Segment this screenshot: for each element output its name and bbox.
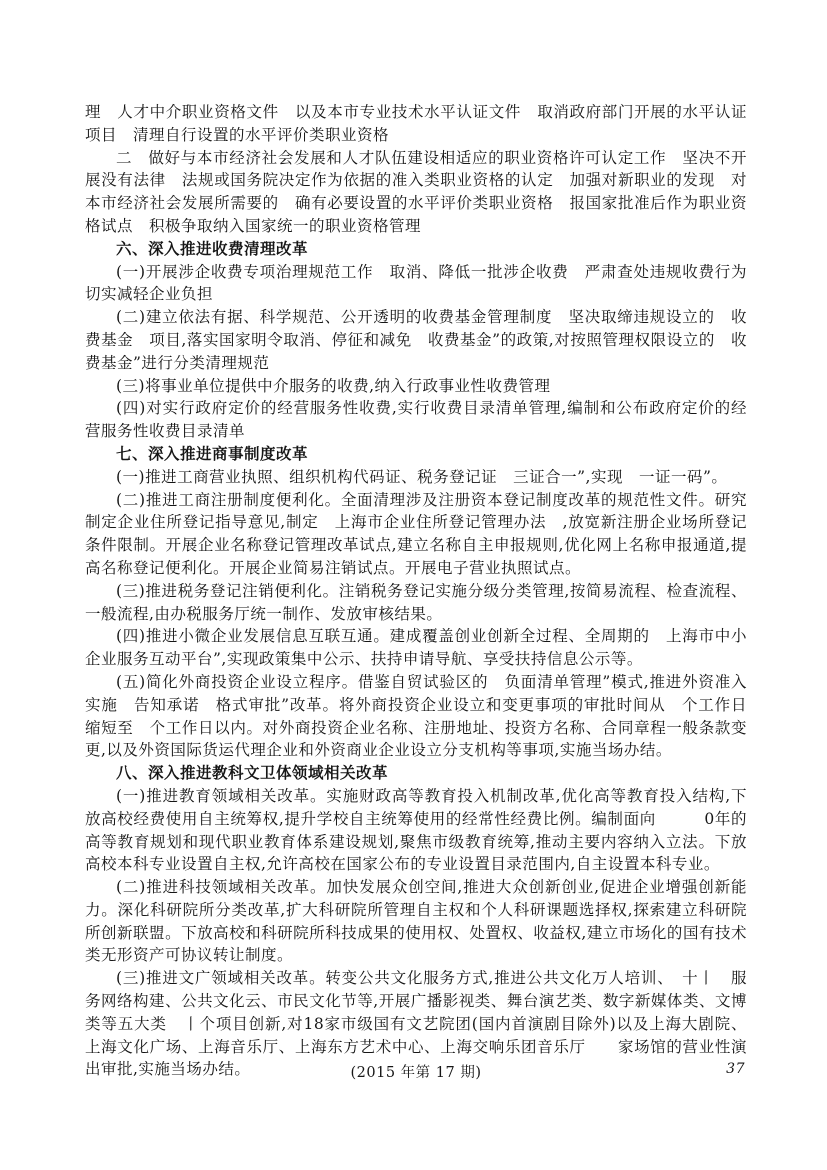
paragraph: (二)推进工商注册制度便利化。全面清理涉及注册资本登记制度改革的规范性文件。研究… — [85, 489, 747, 580]
issue-label: (2015 年第 17 期) — [351, 1065, 482, 1081]
document-body: 理 人才中介职业资格文件 以及本市专业技术水平认证文件 取消政府部门开展的水平认… — [85, 101, 747, 1081]
page-number: 37 — [726, 1061, 745, 1077]
section-heading: 七、深入推进商事制度改革 — [85, 443, 747, 466]
section-heading: 八、深入推进教科文卫体领域相关改革 — [85, 762, 747, 785]
paragraph: (四)对实行政府定价的经营服务性收费,实行收费目录清单管理,编制和公布政府定价的… — [85, 397, 747, 443]
paragraph: (一)开展涉企收费专项治理规范工作 取消、降低一批涉企收费 严肃查处违规收费行为… — [85, 261, 747, 307]
paragraph: 二 做好与本市经济社会发展和人才队伍建设相适应的职业资格许可认定工作 坚决不开展… — [85, 147, 747, 238]
paragraph: (二)建立依法有据、科学规范、公开透明的收费基金管理制度 坚决取缔违规设立的 收… — [85, 306, 747, 374]
document-page: 理 人才中介职业资格文件 以及本市专业技术水平认证文件 取消政府部门开展的水平认… — [0, 0, 827, 1170]
section-heading: 六、深入推进收费清理改革 — [85, 238, 747, 261]
page-footer: (2015 年第 17 期) 37 — [85, 1061, 747, 1082]
paragraph: (一)推进教育领域相关改革。实施财政高等教育投入机制改革,优化高等教育投入结构,… — [85, 785, 747, 876]
paragraph: (二)推进科技领域相关改革。加快发展众创空间,推进大众创新创业,促进企业增强创新… — [85, 876, 747, 967]
paragraph: 理 人才中介职业资格文件 以及本市专业技术水平认证文件 取消政府部门开展的水平认… — [85, 101, 747, 147]
paragraph: (三)推进税务登记注销便利化。注销税务登记实施分级分类管理,按简易流程、检查流程… — [85, 580, 747, 626]
paragraph: (五)简化外商投资企业设立程序。借鉴自贸试验区的 负面清单管理”模式,推进外资准… — [85, 671, 747, 762]
paragraph: (四)推进小微企业发展信息互联互通。建成覆盖创业创新全过程、全周期的 上海市中小… — [85, 625, 747, 671]
paragraph: (三)将事业单位提供中介服务的收费,纳入行政事业性收费管理 — [85, 375, 747, 398]
paragraph: (一)推进工商营业执照、组织机构代码证、税务登记证 三证合一”,实现 一证一码”… — [85, 466, 747, 489]
